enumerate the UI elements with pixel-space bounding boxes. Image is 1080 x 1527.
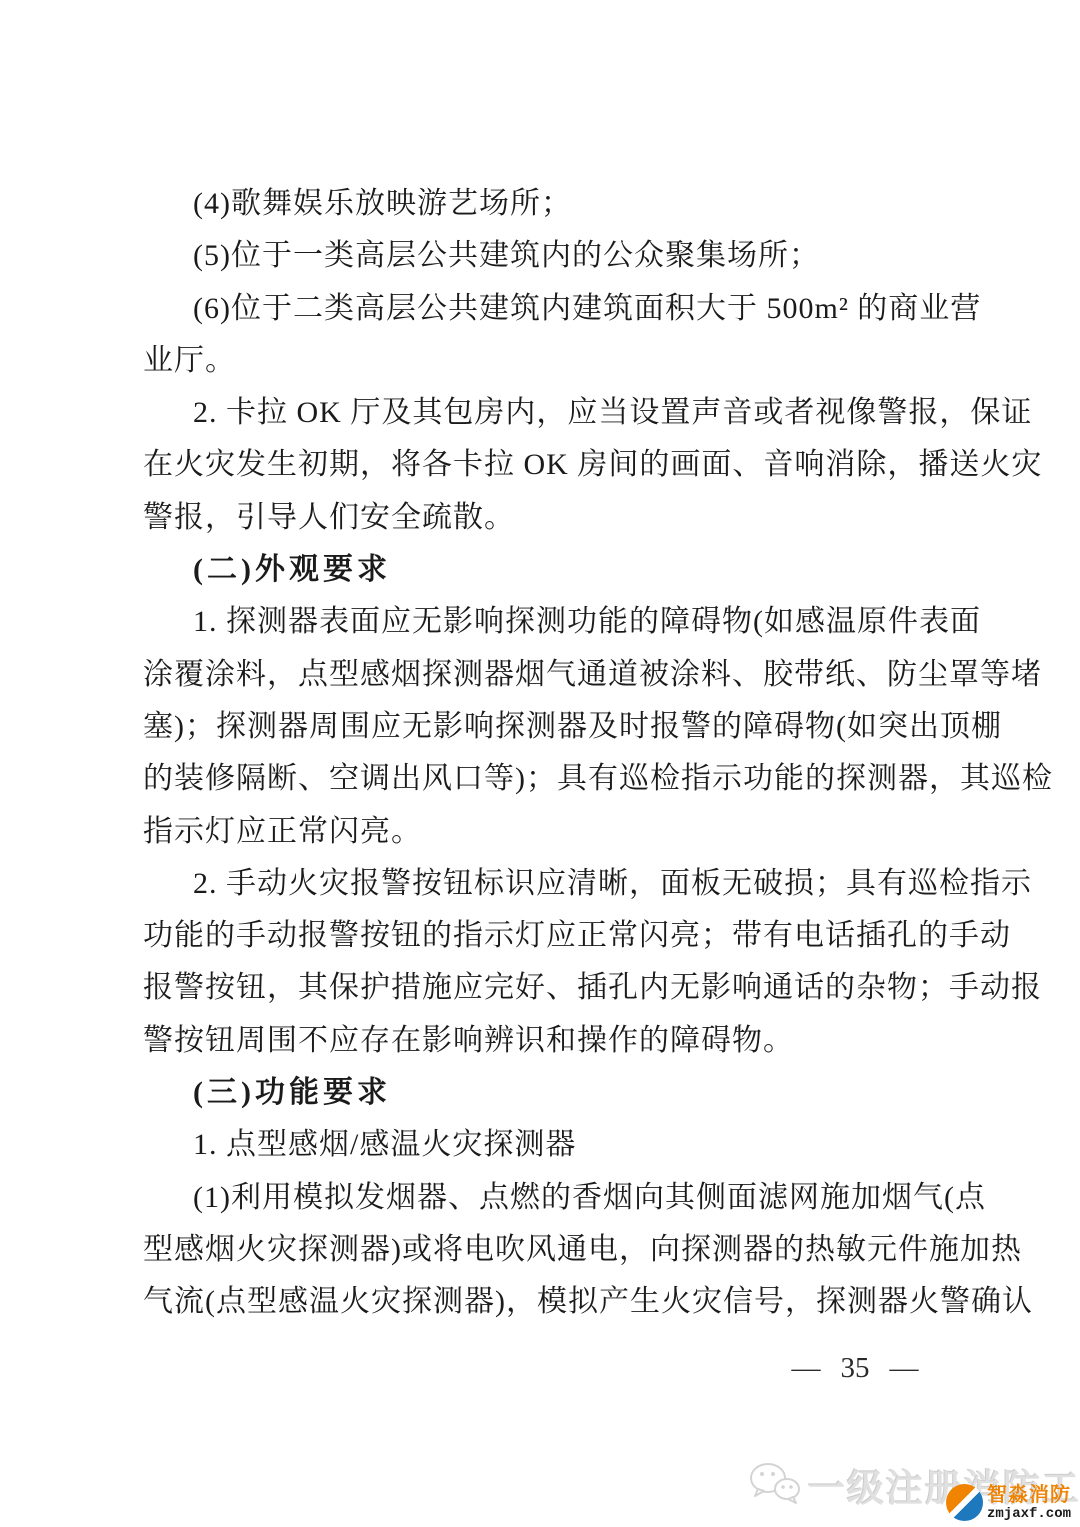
section-heading: (三)功能要求 — [143, 1067, 993, 1119]
text-line: 涂覆涂料，点型感烟探测器烟气通道被涂料、胶带纸、防尘罩等堵 — [143, 649, 993, 701]
wechat-icon — [748, 1460, 802, 1511]
text-line: 塞)；探测器周围应无影响探测器及时报警的障碍物(如突出顶棚 — [143, 701, 993, 753]
text-line: 业厅。 — [143, 335, 993, 387]
text-line: 警报，引导人们安全疏散。 — [143, 492, 993, 544]
text-line: 报警按钮，其保护措施应完好、插孔内无影响通话的杂物；手动报 — [143, 962, 993, 1014]
text-line: 警按钮周围不应存在影响辨识和操作的障碍物。 — [143, 1015, 993, 1067]
document-page: (4)歌舞娱乐放映游艺场所；(5)位于一类高层公共建筑内的公众聚集场所；(6)位… — [0, 0, 1080, 1527]
text-line: (1)利用模拟发烟器、点燃的香烟向其侧面滤网施加烟气(点 — [143, 1172, 993, 1224]
text-line: 气流(点型感温火灾探测器)，模拟产生火灾信号，探测器火警确认 — [143, 1276, 993, 1328]
brand-url: zmjaxf.com — [987, 1507, 1071, 1521]
text-line: 1. 点型感烟/感温火灾探测器 — [143, 1119, 993, 1171]
page-number-dash-left: — — [792, 1352, 821, 1384]
text-line: 型感烟火灾探测器)或将电吹风通电，向探测器的热敏元件施加热 — [143, 1224, 993, 1276]
text-line: 在火灾发生初期，将各卡拉 OK 房间的画面、音响消除，播送火灾 — [143, 439, 993, 491]
text-line: 2. 卡拉 OK 厅及其包房内，应当设置声音或者视像警报，保证 — [143, 387, 993, 439]
brand-logo: 智淼消防 zmjaxf.com — [946, 1484, 1071, 1521]
text-line: 2. 手动火灾报警按钮标识应清晰，面板无破损；具有巡检指示 — [143, 858, 993, 910]
page-number-dash-right: — — [890, 1352, 919, 1384]
brand-name: 智淼消防 — [987, 1485, 1071, 1505]
page-number: —35— — [770, 1352, 940, 1385]
page-number-value: 35 — [841, 1352, 870, 1384]
text-line: (6)位于二类高层公共建筑内建筑面积大于 500m² 的商业营 — [143, 283, 993, 335]
text-line: 的装修隔断、空调出风口等)；具有巡检指示功能的探测器，其巡检 — [143, 753, 993, 805]
zhimiao-logo-icon — [946, 1484, 983, 1521]
text-line: 指示灯应正常闪亮。 — [143, 806, 993, 858]
section-heading: (二)外观要求 — [143, 544, 993, 596]
text-line: 功能的手动报警按钮的指示灯应正常闪亮；带有电话插孔的手动 — [143, 910, 993, 962]
document-body: (4)歌舞娱乐放映游艺场所；(5)位于一类高层公共建筑内的公众聚集场所；(6)位… — [143, 178, 993, 1329]
text-line: (4)歌舞娱乐放映游艺场所； — [143, 178, 993, 230]
text-line: (5)位于一类高层公共建筑内的公众聚集场所； — [143, 230, 993, 282]
text-line: 1. 探测器表面应无影响探测功能的障碍物(如感温原件表面 — [143, 596, 993, 648]
